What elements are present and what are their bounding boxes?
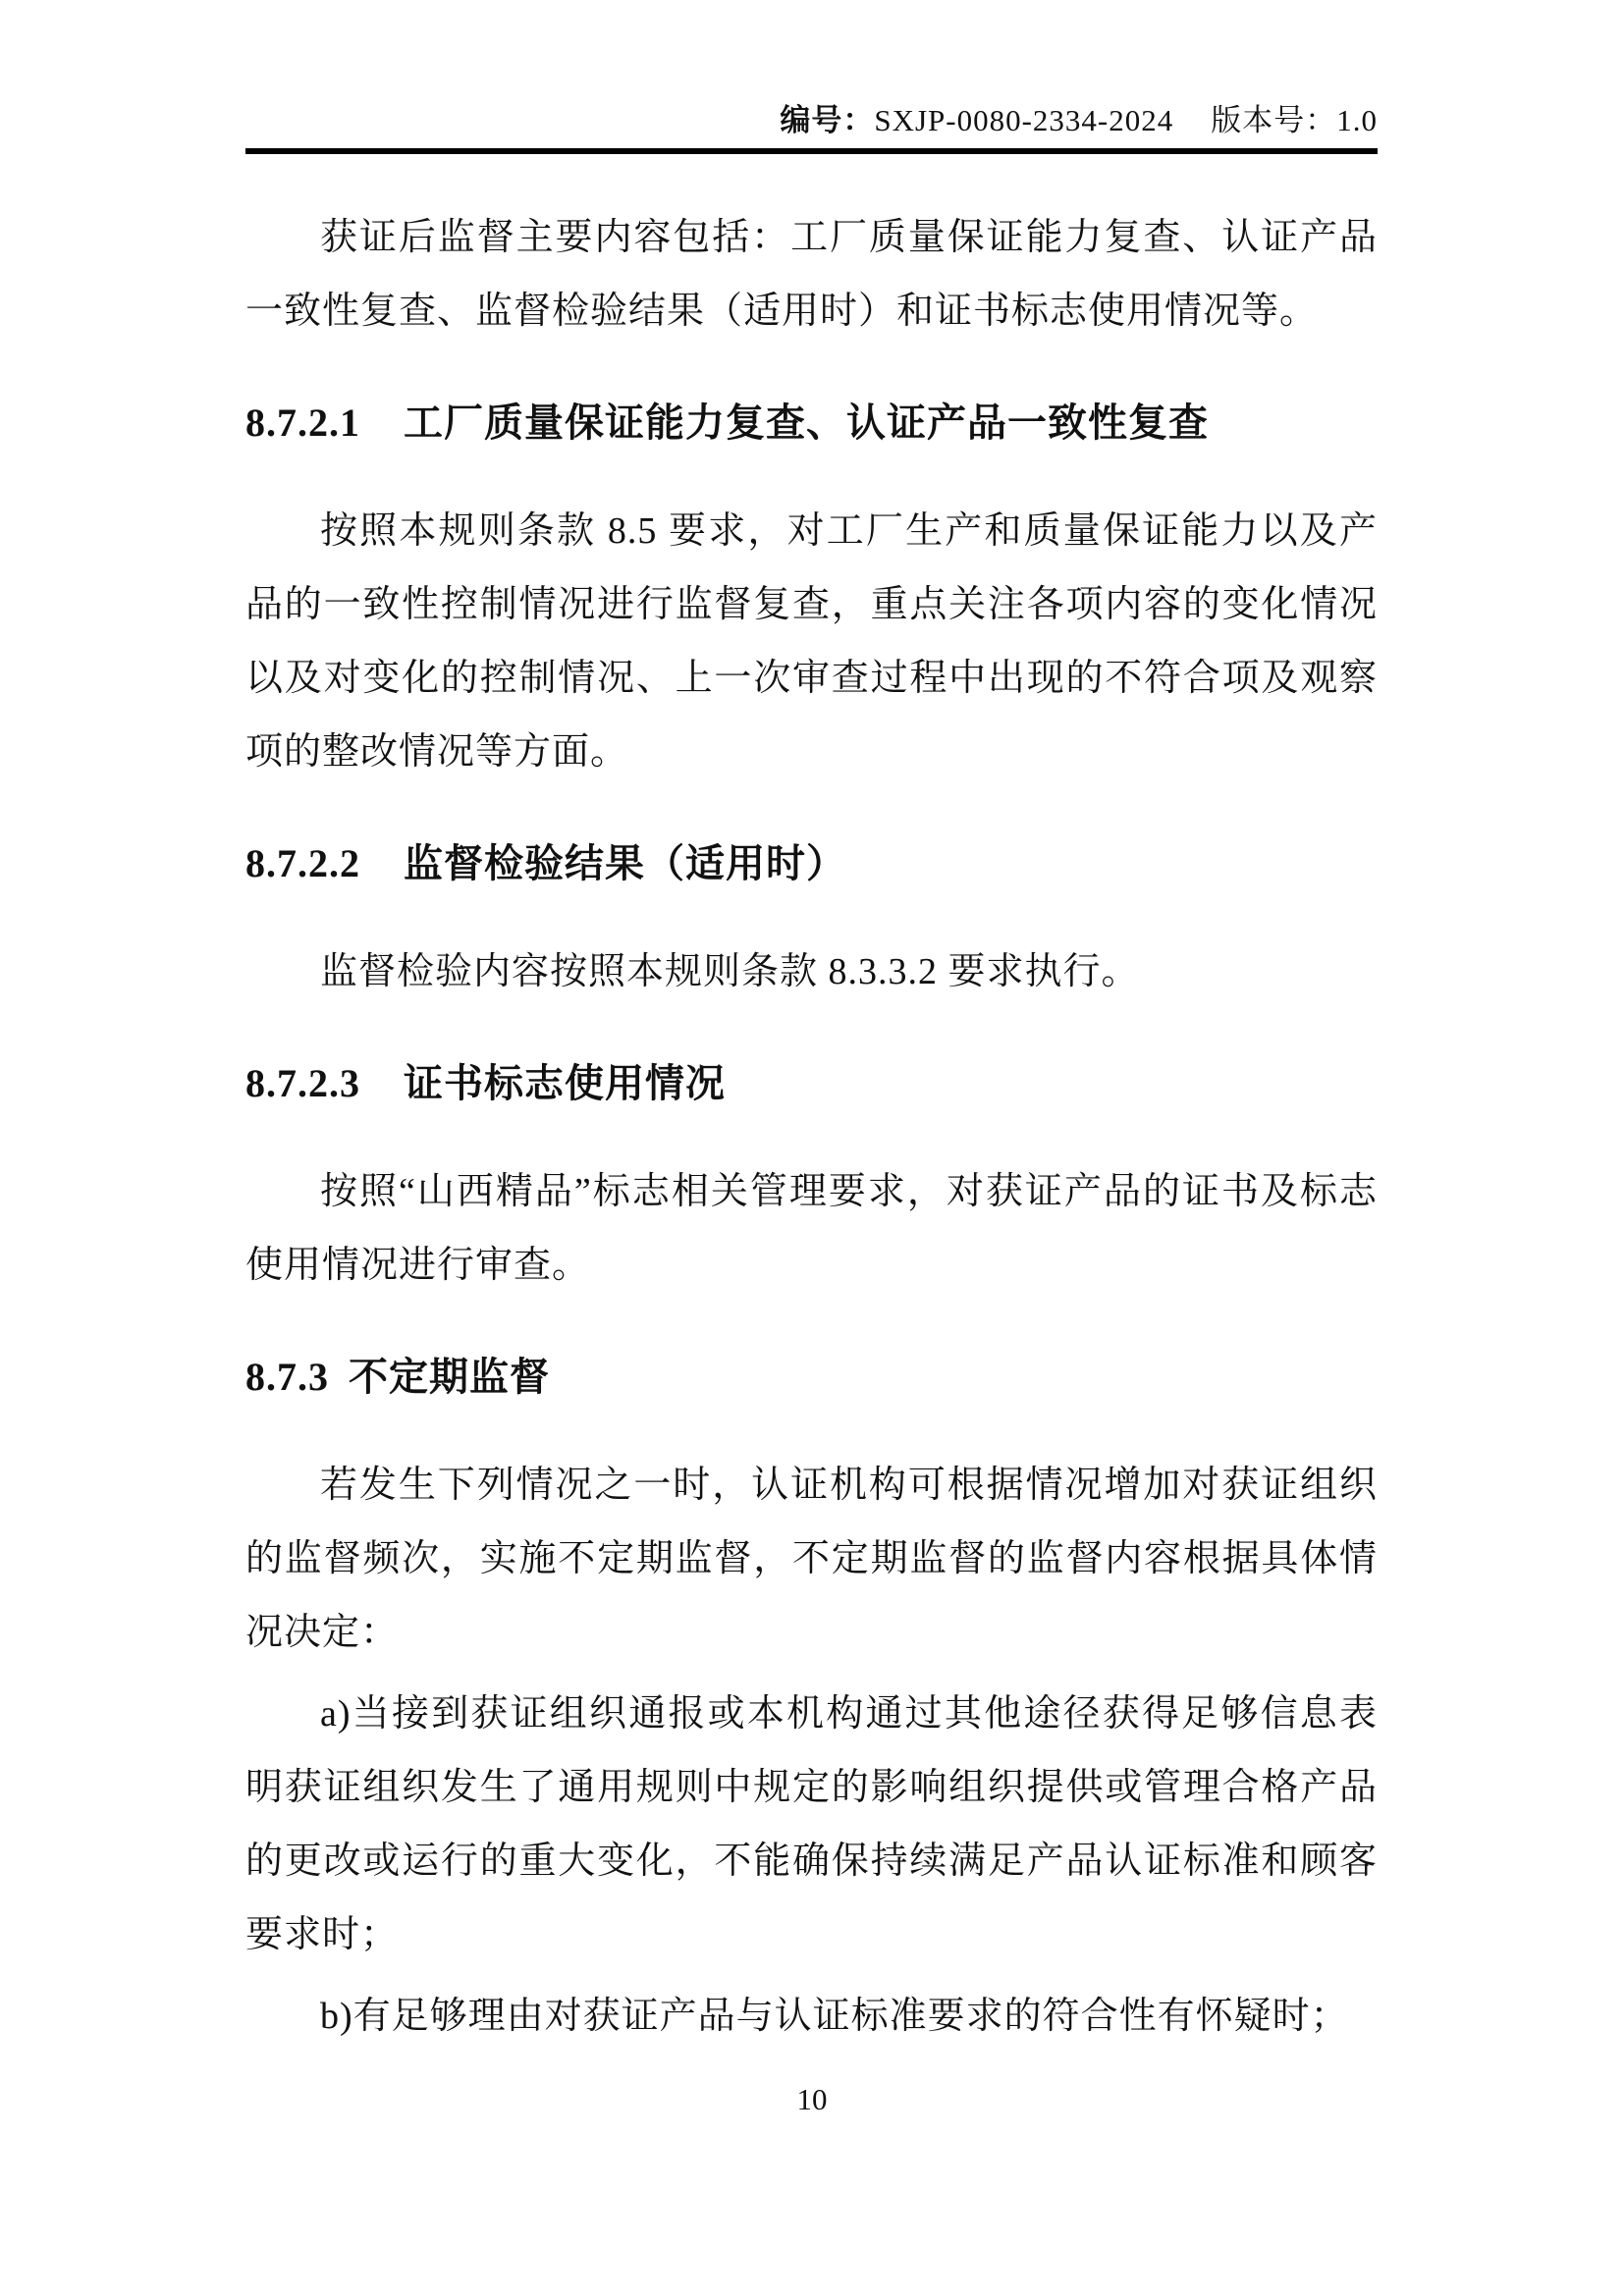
section-number: 8.7.2.1 <box>245 400 360 445</box>
header-code-label: 编号： <box>780 103 874 137</box>
page-footer: 10 <box>0 2079 1624 2120</box>
section-title: 证书标志使用情况 <box>404 1061 726 1105</box>
section-title: 工厂质量保证能力复查、认证产品一致性复查 <box>404 400 1209 445</box>
section-title: 监督检验结果（适用时） <box>404 841 846 885</box>
list-item-b: b)有足够理由对获证产品与认证标准要求的符合性有怀疑时； <box>245 1980 1378 2054</box>
document-body: 获证后监督主要内容包括：工厂质量保证能力复查、认证产品一致性复查、监督检验结果（… <box>245 201 1378 2054</box>
section-paragraph-8721: 按照本规则条款 8.5 要求，对工厂生产和质量保证能力以及产品的一致性控制情况进… <box>245 495 1378 789</box>
section-paragraph-873: 若发生下列情况之一时，认证机构可根据情况增加对获证组织的监督频次，实施不定期监督… <box>245 1449 1378 1670</box>
header-version-label: 版本号： <box>1211 103 1336 137</box>
header-rule <box>245 148 1378 154</box>
section-number: 8.7.2.2 <box>245 841 360 885</box>
section-number: 8.7.3 <box>245 1355 329 1399</box>
section-paragraph-8723: 按照“山西精品”标志相关管理要求，对获证产品的证书及标志使用情况进行审查。 <box>245 1155 1378 1303</box>
document-page: 编号：SXJP-0080-2334-2024版本号：1.0 获证后监督主要内容包… <box>0 0 1624 2296</box>
list-item-a: a)当接到获证组织通报或本机构通过其他途径获得足够信息表明获证组织发生了通用规则… <box>245 1678 1378 1972</box>
section-heading-873: 8.7.3不定期监督 <box>245 1340 1378 1414</box>
section-title: 不定期监督 <box>349 1355 550 1399</box>
header-code-value: SXJP-0080-2334-2024 <box>874 103 1173 137</box>
section-paragraph-8722: 监督检验内容按照本规则条款 8.3.3.2 要求执行。 <box>245 935 1378 1009</box>
section-heading-8723: 8.7.2.3证书标志使用情况 <box>245 1046 1378 1120</box>
section-heading-8722: 8.7.2.2监督检验结果（适用时） <box>245 827 1378 900</box>
intro-paragraph: 获证后监督主要内容包括：工厂质量保证能力复查、认证产品一致性复查、监督检验结果（… <box>245 201 1378 348</box>
header-version-value: 1.0 <box>1336 103 1378 137</box>
section-number: 8.7.2.3 <box>245 1061 360 1105</box>
page-number: 10 <box>797 2082 828 2116</box>
section-heading-8721: 8.7.2.1工厂质量保证能力复查、认证产品一致性复查 <box>245 386 1378 459</box>
page-header: 编号：SXJP-0080-2334-2024版本号：1.0 <box>245 98 1378 143</box>
